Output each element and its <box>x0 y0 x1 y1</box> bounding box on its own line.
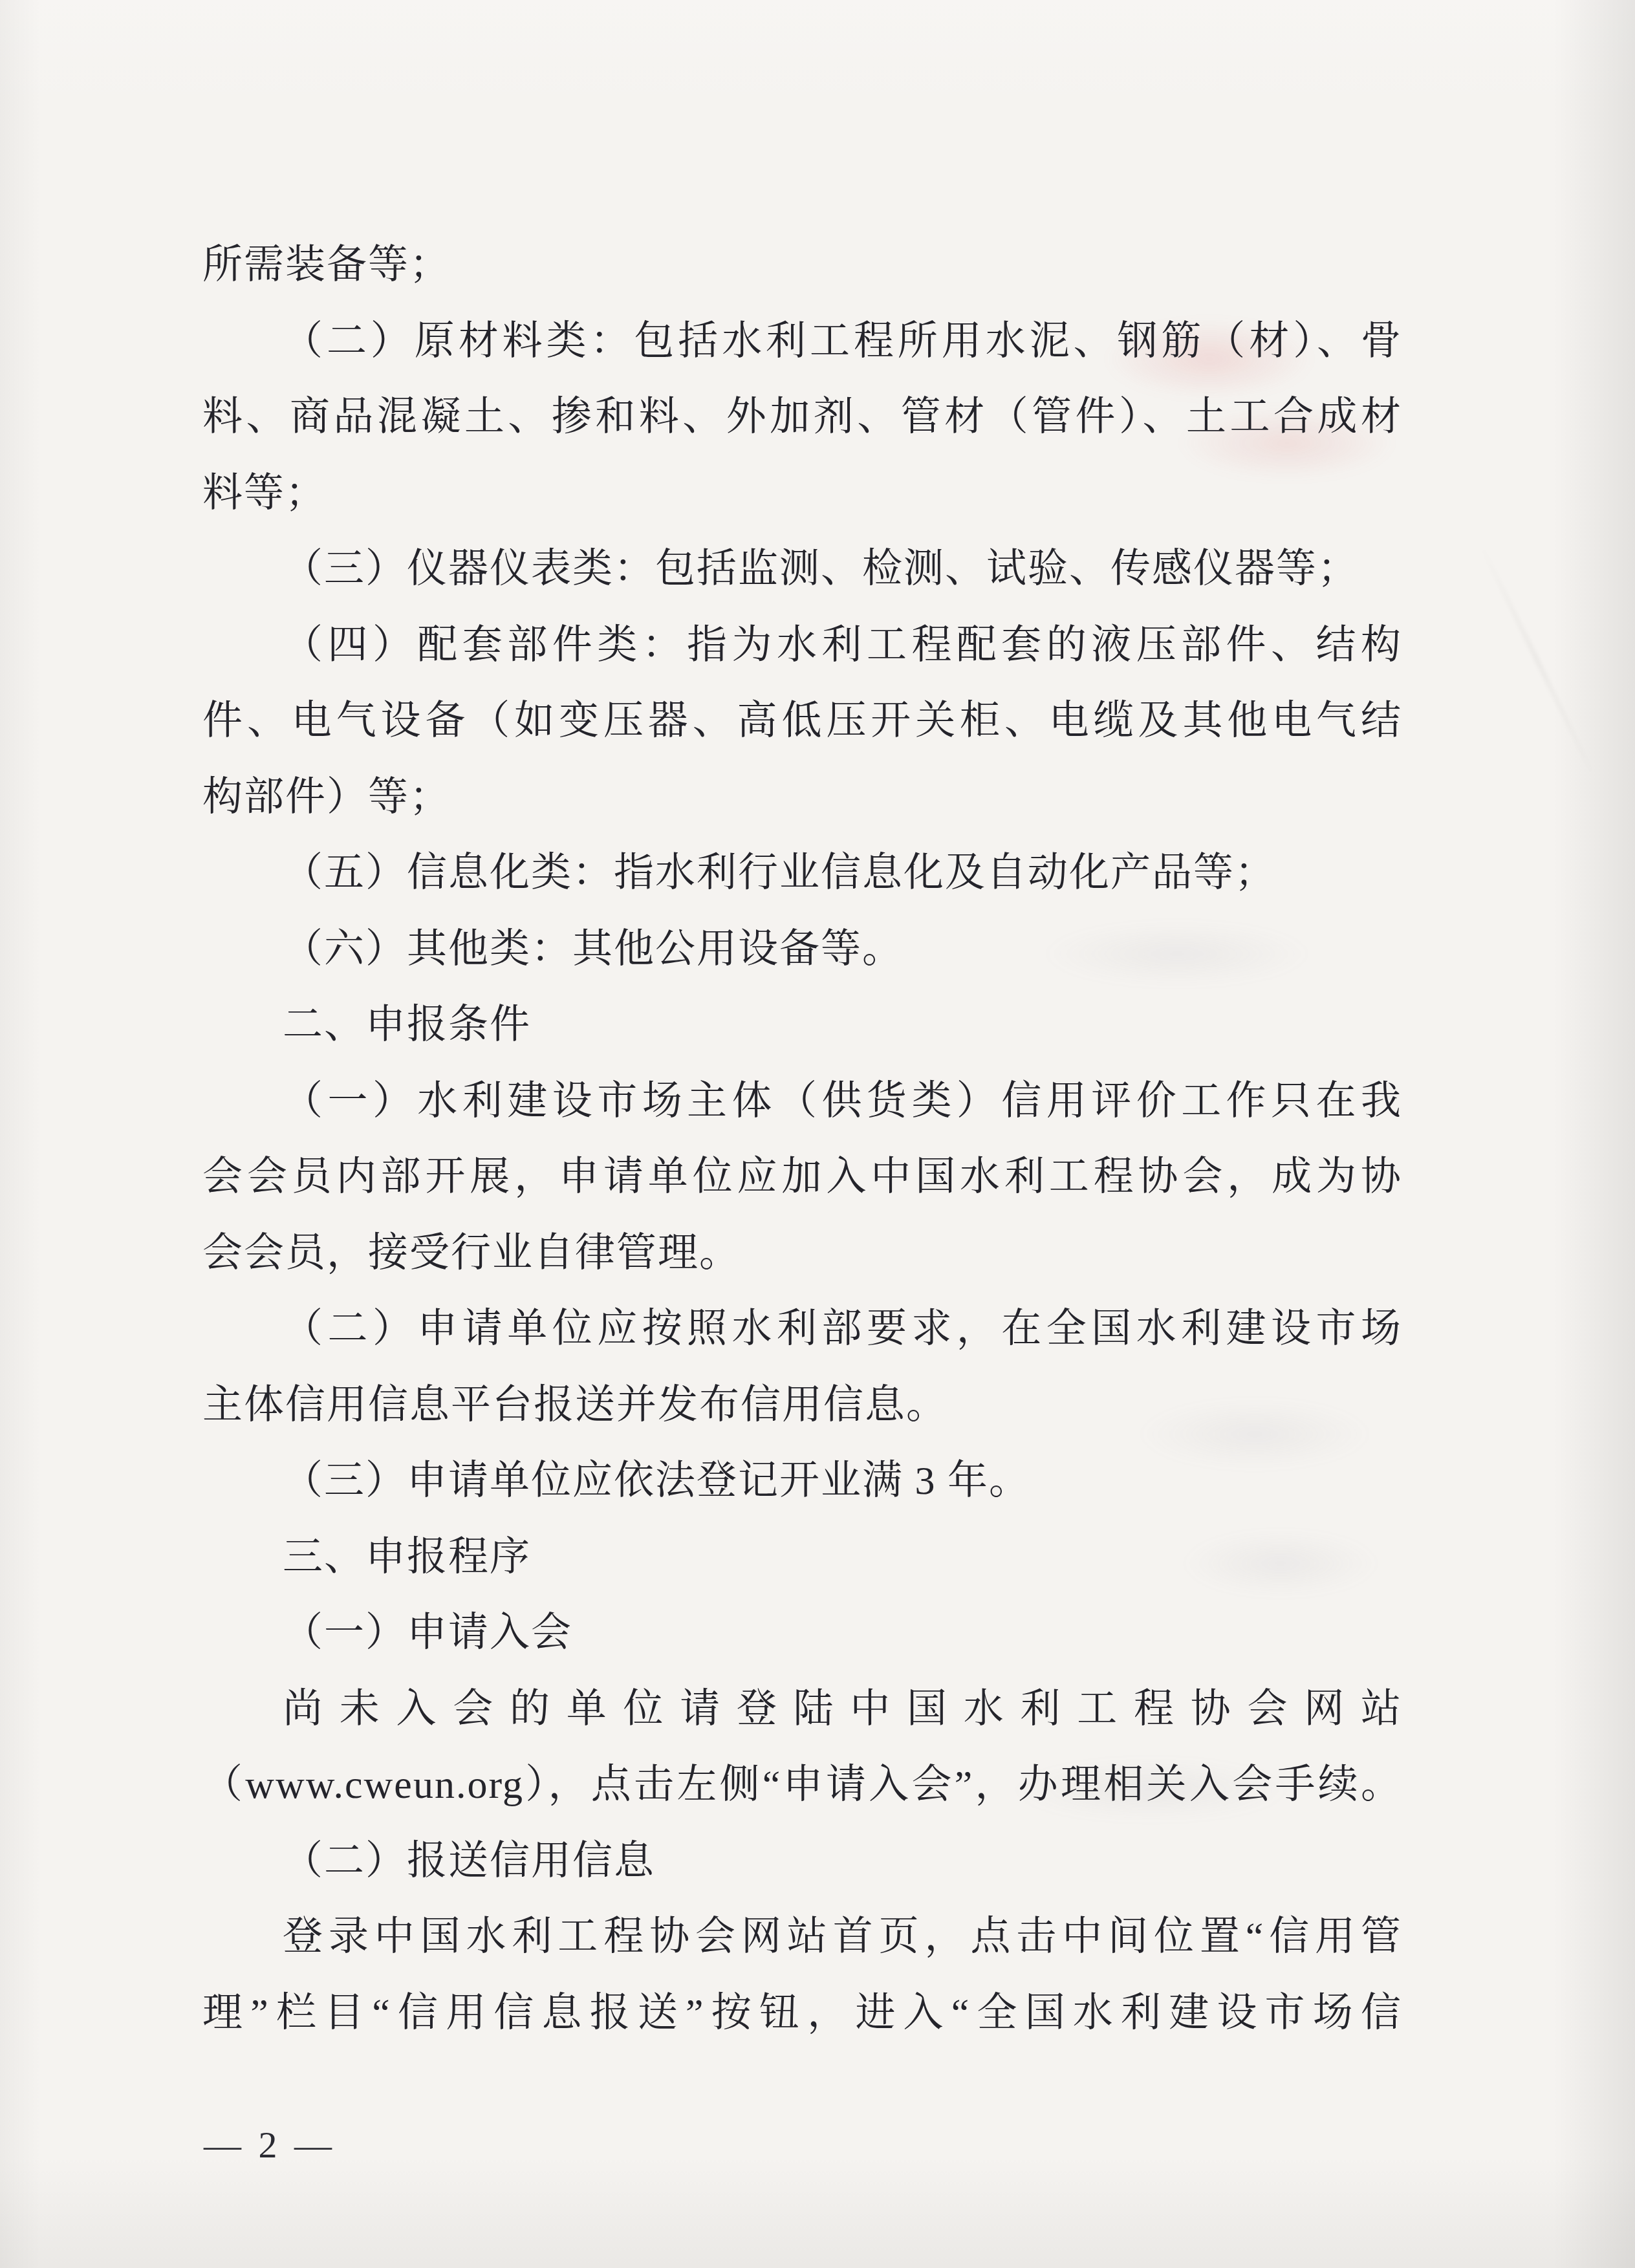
paper-crease <box>1476 538 1599 784</box>
text-line: 主体信用信息平台报送并发布信用信息。 <box>202 1368 1402 1444</box>
text-line: 尚未入会的单位请登陆中国水利工程协会网站 <box>202 1672 1402 1748</box>
text-line: 登录中国水利工程协会网站首页，点击中间位置“信用管 <box>202 1899 1402 1976</box>
text-line: （二）报送信用信息 <box>202 1824 1402 1900</box>
text-line: （四）配套部件类：指为水利工程配套的液压部件、结构 <box>202 608 1402 684</box>
page-number: — 2 — <box>204 2123 336 2166</box>
text-line: 料、商品混凝土、掺和料、外加剂、管材（管件）、土工合成材 <box>202 380 1402 456</box>
text-line: （五）信息化类：指水利行业信息化及自动化产品等； <box>202 836 1402 912</box>
text-line: 构部件）等； <box>202 760 1402 836</box>
text-line: 三、申报程序 <box>202 1520 1402 1596</box>
text-line: （一）水利建设市场主体（供货类）信用评价工作只在我 <box>202 1064 1402 1140</box>
scanned-document-page: 所需装备等；（二）原材料类：包括水利工程所用水泥、钢筋（材）、骨料、商品混凝土、… <box>0 0 1635 2268</box>
text-line: （一）申请入会 <box>202 1595 1402 1672</box>
text-line: （www.cweun.org），点击左侧“申请入会”，办理相关入会手续。 <box>202 1747 1402 1824</box>
document-body: 所需装备等；（二）原材料类：包括水利工程所用水泥、钢筋（材）、骨料、商品混凝土、… <box>202 228 1402 2051</box>
text-line: 会会员内部开展，申请单位应加入中国水利工程协会，成为协 <box>202 1139 1402 1216</box>
text-line: 会会员，接受行业自律管理。 <box>202 1216 1402 1292</box>
text-line: 理”栏目“信用信息报送”按钮，进入“全国水利建设市场信 <box>202 1976 1402 2052</box>
text-line: （三）仪器仪表类：包括监测、检测、试验、传感仪器等； <box>202 532 1402 608</box>
text-line: （二）原材料类：包括水利工程所用水泥、钢筋（材）、骨 <box>202 304 1402 380</box>
text-line: 二、申报条件 <box>202 988 1402 1064</box>
text-line: （二）申请单位应按照水利部要求，在全国水利建设市场 <box>202 1291 1402 1368</box>
text-line: 件、电气设备（如变压器、高低压开关柜、电缆及其他电气结 <box>202 684 1402 760</box>
text-line: （三）申请单位应依法登记开业满 3 年。 <box>202 1443 1402 1520</box>
text-line: 所需装备等； <box>202 228 1402 304</box>
text-line: （六）其他类：其他公用设备等。 <box>202 912 1402 988</box>
text-line: 料等； <box>202 456 1402 532</box>
